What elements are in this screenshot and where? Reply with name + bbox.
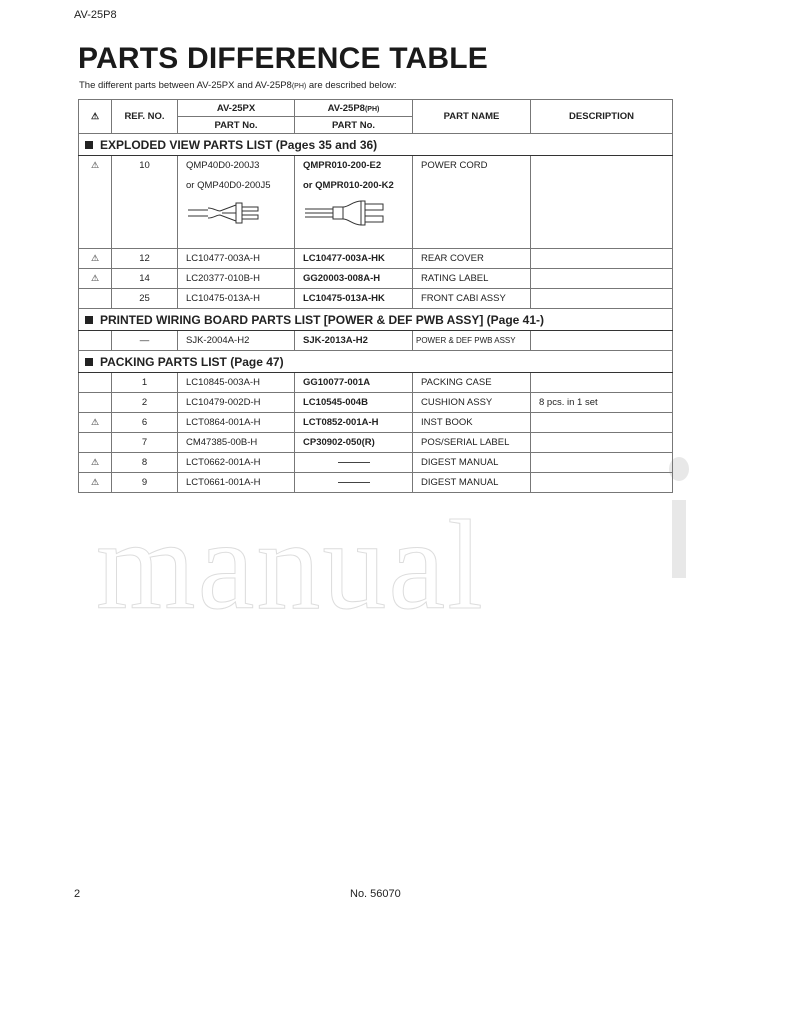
col-ref-header: REF. NO.	[112, 100, 178, 134]
description	[531, 249, 673, 269]
part-name: FRONT CABI ASSY	[413, 289, 531, 309]
table-row: 1 LC10845-003A-H GG10077-001A PACKING CA…	[79, 373, 673, 393]
part-no-b: QMPR010-200-E2or QMPR010-200-K2	[295, 156, 413, 249]
part-no-a: SJK-2004A-H2	[178, 331, 295, 351]
description	[531, 156, 673, 249]
watermark: manual	[96, 492, 485, 639]
part-no-b: GG20003-008A-H	[295, 269, 413, 289]
ref-no: 8	[112, 453, 178, 473]
warning-icon	[79, 331, 112, 351]
part-no-b: LCT0852-001A-H	[295, 413, 413, 433]
col-part-name-header: PART NAME	[413, 100, 531, 134]
description	[531, 289, 673, 309]
part-name: REAR COVER	[413, 249, 531, 269]
description	[531, 413, 673, 433]
part-no-b	[295, 473, 413, 493]
table-row: ⚠ 8 LCT0662-001A-H DIGEST MANUAL	[79, 453, 673, 473]
section-header: PACKING PARTS LIST (Page 47)	[79, 351, 673, 373]
ref-no: 7	[112, 433, 178, 453]
part-no-b: LC10477-003A-HK	[295, 249, 413, 269]
ref-no: 25	[112, 289, 178, 309]
col-warning-header: ⚠	[79, 100, 112, 134]
part-name: CUSHION ASSY	[413, 393, 531, 413]
part-no-a: LCT0864-001A-H	[178, 413, 295, 433]
ref-no: 9	[112, 473, 178, 493]
page-title: PARTS DIFFERENCE TABLE	[78, 42, 488, 76]
warning-icon	[79, 289, 112, 309]
col-model-b-header: AV-25P8(PH)	[295, 100, 413, 117]
part-no-a: CM47385-00B-H	[178, 433, 295, 453]
warning-icon: ⚠	[79, 269, 112, 289]
ref-no: 14	[112, 269, 178, 289]
plug-b-icon	[303, 197, 393, 229]
part-no-a: QMP40D0-200J3or QMP40D0-200J5	[178, 156, 295, 249]
col-description-header: DESCRIPTION	[531, 100, 673, 134]
part-no-b: LC10475-013A-HK	[295, 289, 413, 309]
ref-no: —	[112, 331, 178, 351]
description	[531, 269, 673, 289]
part-no-a: LCT0662-001A-H	[178, 453, 295, 473]
col-part-no-b-header: PART No.	[295, 117, 413, 134]
warning-icon: ⚠	[79, 413, 112, 433]
section-header: PRINTED WIRING BOARD PARTS LIST [POWER &…	[79, 309, 673, 331]
table-row: ⚠ 6 LCT0864-001A-H LCT0852-001A-H INST B…	[79, 413, 673, 433]
description	[531, 453, 673, 473]
part-name: INST BOOK	[413, 413, 531, 433]
part-name: POS/SERIAL LABEL	[413, 433, 531, 453]
section-title: PRINTED WIRING BOARD PARTS LIST [POWER &…	[79, 309, 673, 331]
warning-icon: ⚠	[79, 156, 112, 249]
page-header-model: AV-25P8	[74, 9, 117, 21]
description	[531, 331, 673, 351]
ref-no: 1	[112, 373, 178, 393]
col-model-a-header: AV-25PX	[178, 100, 295, 117]
table-row: 25 LC10475-013A-H LC10475-013A-HK FRONT …	[79, 289, 673, 309]
table-row: ⚠ 9 LCT0661-001A-H DIGEST MANUAL	[79, 473, 673, 493]
part-no-b: LC10545-004B	[295, 393, 413, 413]
description	[531, 433, 673, 453]
part-no-b	[295, 453, 413, 473]
warning-icon: ⚠	[79, 473, 112, 493]
warning-icon: ⚠	[79, 249, 112, 269]
part-name: POWER & DEF PWB ASSY	[413, 331, 531, 351]
watermark-bar	[672, 500, 686, 578]
table-row: ⚠ 10 QMP40D0-200J3or QMP40D0-200J5 QMPR0…	[79, 156, 673, 249]
part-no-b: SJK-2013A-H2	[295, 331, 413, 351]
part-name: PACKING CASE	[413, 373, 531, 393]
ref-no: 10	[112, 156, 178, 249]
section-title: PACKING PARTS LIST (Page 47)	[79, 351, 673, 373]
table-row: 2 LC10479-002D-H LC10545-004B CUSHION AS…	[79, 393, 673, 413]
part-name: POWER CORD	[413, 156, 531, 249]
part-no-a: LC10477-003A-H	[178, 249, 295, 269]
section-header: EXPLODED VIEW PARTS LIST (Pages 35 and 3…	[79, 134, 673, 156]
part-no-a: LC20377-010B-H	[178, 269, 295, 289]
part-no-a: LCT0661-001A-H	[178, 473, 295, 493]
description: 8 pcs. in 1 set	[531, 393, 673, 413]
part-no-a: LC10479-002D-H	[178, 393, 295, 413]
square-bullet-icon	[85, 141, 93, 149]
warning-icon: ⚠	[79, 453, 112, 473]
dash-icon	[338, 462, 370, 463]
ref-no: 2	[112, 393, 178, 413]
square-bullet-icon	[85, 358, 93, 366]
warning-icon	[79, 393, 112, 413]
warning-icon	[79, 373, 112, 393]
part-no-a: LC10475-013A-H	[178, 289, 295, 309]
plug-a-icon	[186, 197, 266, 229]
table-row: ⚠ 14 LC20377-010B-H GG20003-008A-H RATIN…	[79, 269, 673, 289]
parts-difference-table: ⚠ REF. NO. AV-25PX AV-25P8(PH) PART NAME…	[78, 99, 673, 493]
col-part-no-a-header: PART No.	[178, 117, 295, 134]
page-number: 2	[74, 888, 80, 900]
intro-text: The different parts between AV-25PX and …	[79, 80, 397, 91]
table-row: — SJK-2004A-H2 SJK-2013A-H2 POWER & DEF …	[79, 331, 673, 351]
part-name: DIGEST MANUAL	[413, 473, 531, 493]
description	[531, 473, 673, 493]
ref-no: 12	[112, 249, 178, 269]
document-number: No. 56070	[350, 888, 401, 900]
section-title: EXPLODED VIEW PARTS LIST (Pages 35 and 3…	[79, 134, 673, 156]
part-no-a: LC10845-003A-H	[178, 373, 295, 393]
square-bullet-icon	[85, 316, 93, 324]
table-row: 7 CM47385-00B-H CP30902-050(R) POS/SERIA…	[79, 433, 673, 453]
warning-icon	[79, 433, 112, 453]
part-name: DIGEST MANUAL	[413, 453, 531, 473]
dash-icon	[338, 482, 370, 483]
description	[531, 373, 673, 393]
part-no-b: GG10077-001A	[295, 373, 413, 393]
ref-no: 6	[112, 413, 178, 433]
table-row: ⚠ 12 LC10477-003A-H LC10477-003A-HK REAR…	[79, 249, 673, 269]
part-name: RATING LABEL	[413, 269, 531, 289]
part-no-b: CP30902-050(R)	[295, 433, 413, 453]
